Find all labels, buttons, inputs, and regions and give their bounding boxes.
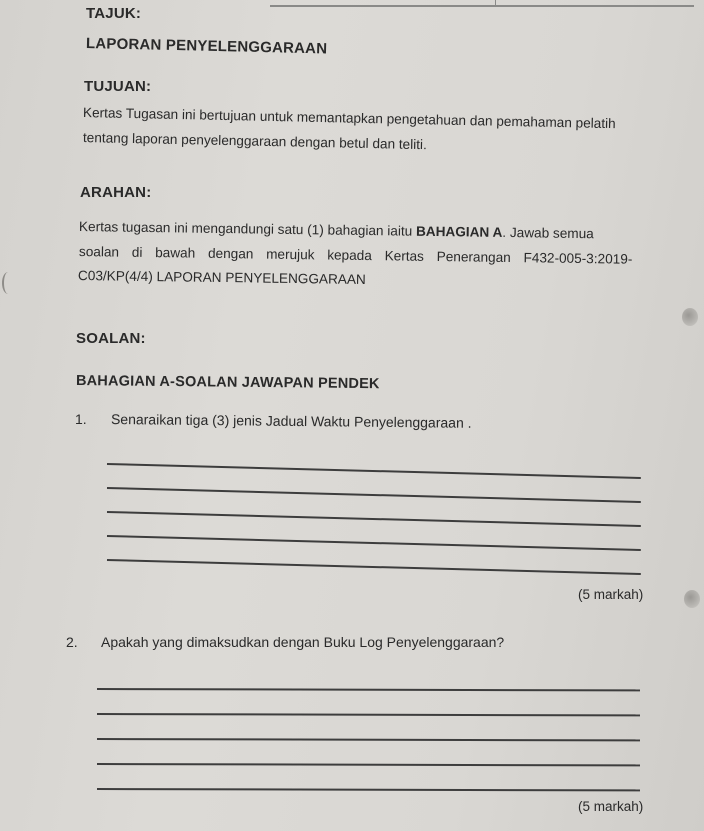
worksheet-page: TAJUK: LAPORAN PENYELENGGARAAN TUJUAN: K… xyxy=(0,0,704,831)
answer-line[interactable] xyxy=(107,559,641,574)
tajuk-value: LAPORAN PENYELENGGARAAN xyxy=(86,35,328,57)
tajuk-label: TAJUK: xyxy=(86,5,141,22)
answer-line[interactable] xyxy=(97,688,640,691)
question-1-marks: (5 markah) xyxy=(578,587,643,602)
tujuan-line-1: Kertas Tugasan ini bertujuan untuk meman… xyxy=(83,105,616,131)
binder-hole-left xyxy=(2,272,14,294)
binder-hole-right-top xyxy=(682,308,698,326)
section-title: BAHAGIAN A-SOALAN JAWAPAN PENDEK xyxy=(76,373,380,392)
arahan-text-end: . Jawab semua xyxy=(502,225,594,241)
binder-hole-right-bottom xyxy=(684,590,700,608)
question-2-number: 2. xyxy=(66,634,78,650)
arahan-line-1: Kertas tugasan ini mengandungi satu (1) … xyxy=(79,219,594,241)
answer-line[interactable] xyxy=(97,788,640,791)
arahan-bold: BAHAGIAN A xyxy=(416,224,503,240)
answer-line[interactable] xyxy=(97,763,640,766)
question-1-number: 1. xyxy=(75,411,87,427)
tujuan-label: TUJUAN: xyxy=(84,78,151,95)
question-2-text: Apakah yang dimaksudkan dengan Buku Log … xyxy=(101,634,504,650)
arahan-text: Kertas tugasan ini mengandungi satu (1) … xyxy=(79,219,416,239)
question-1-text: Senaraikan tiga (3) jenis Jadual Waktu P… xyxy=(111,411,472,431)
header-table-edge xyxy=(270,0,694,7)
answer-line[interactable] xyxy=(107,463,641,478)
arahan-label: ARAHAN: xyxy=(80,184,151,201)
answer-line[interactable] xyxy=(107,511,641,526)
answer-line[interactable] xyxy=(107,535,641,550)
question-2-marks: (5 markah) xyxy=(578,799,643,814)
arahan-line-3: C03/KP(4/4) LAPORAN PENYELENGGARAAN xyxy=(78,268,366,287)
answer-line[interactable] xyxy=(97,713,640,716)
tujuan-line-2: tentang laporan penyelenggaraan dengan b… xyxy=(83,130,427,152)
soalan-label: SOALAN: xyxy=(76,330,146,347)
answer-line[interactable] xyxy=(97,738,640,741)
arahan-line-2: soalan di bawah dengan merujuk kepada Ke… xyxy=(79,244,633,267)
answer-line[interactable] xyxy=(107,487,641,502)
